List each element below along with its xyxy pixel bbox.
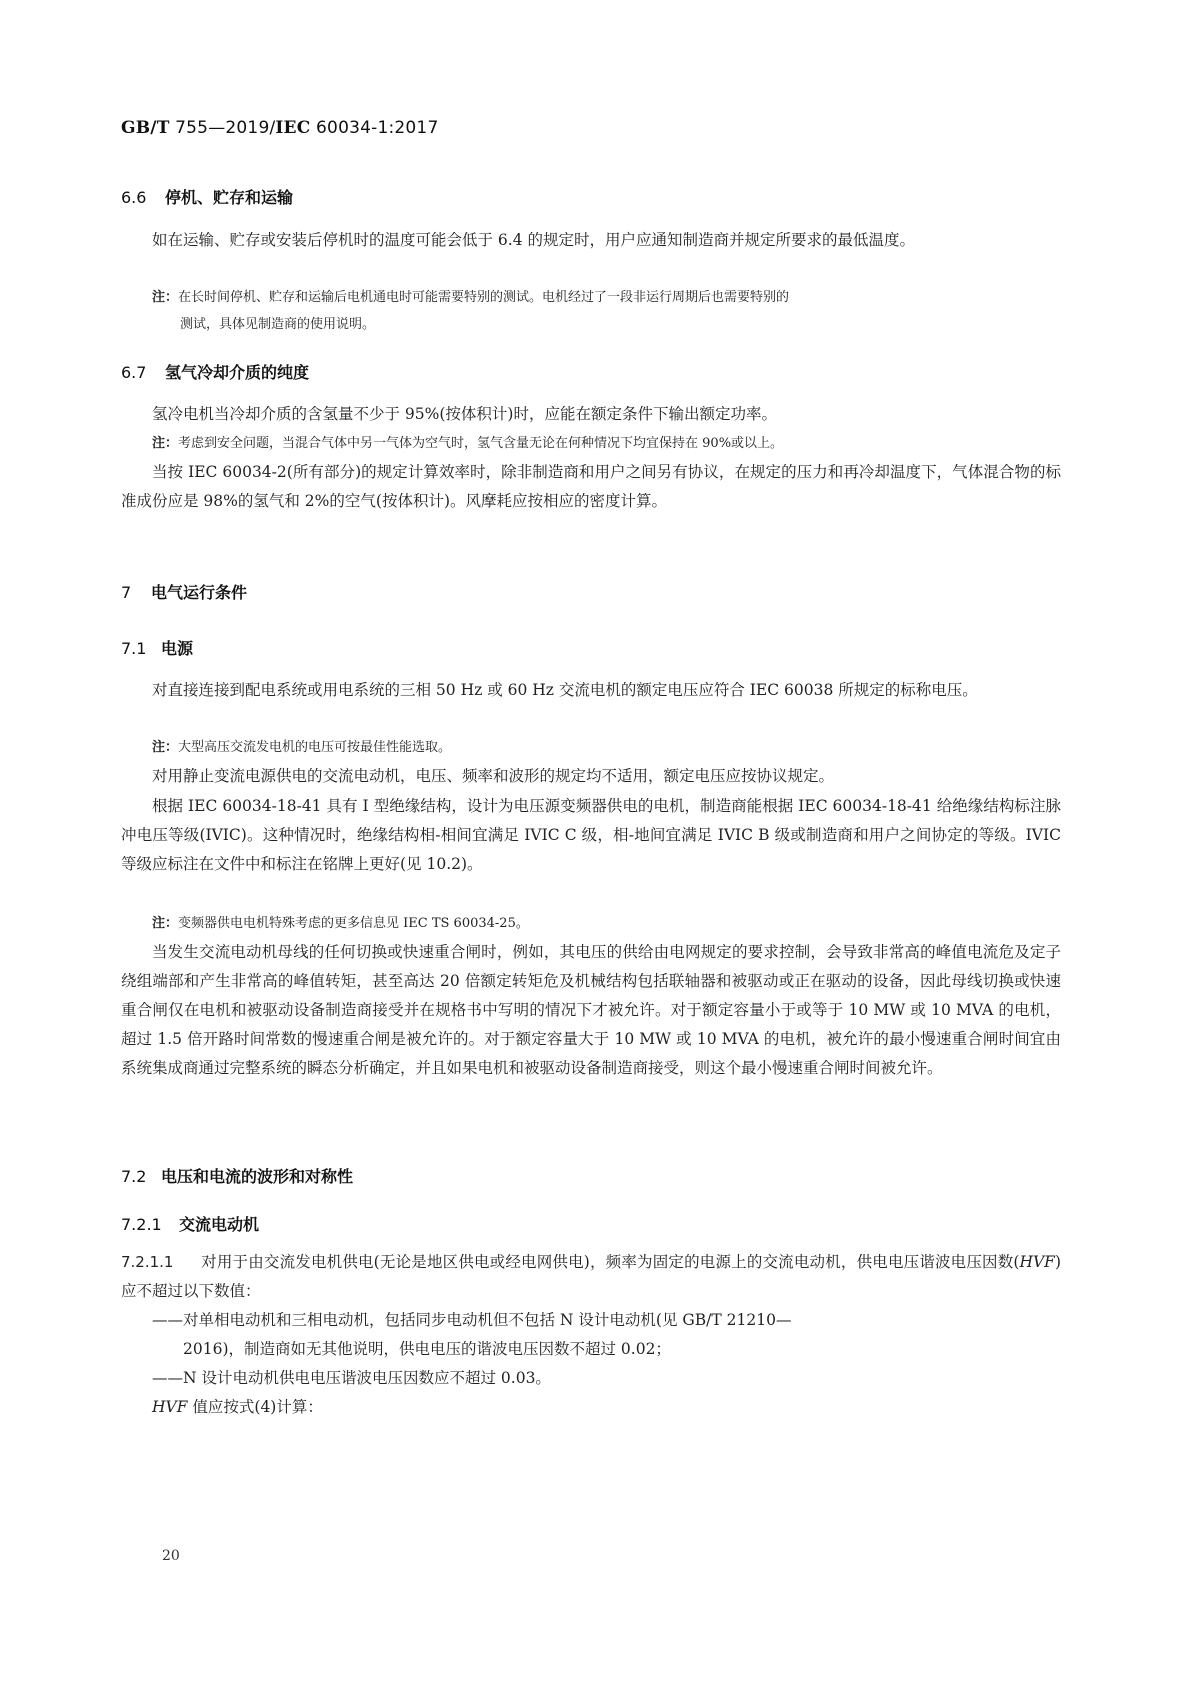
section-title: 电压和电流的波形和对称性	[161, 1167, 353, 1186]
formula-intro: HVF 值应按式(4)计算：	[152, 1393, 1092, 1422]
standard-header: GB/T 755—2019/IEC 60034-1:2017	[121, 118, 438, 138]
section-title: 氢气冷却介质的纯度	[165, 363, 309, 382]
clause-text: 对用于由交流发电机供电(无论是地区供电或经电网供电)，频率为固定的电源上的交流电…	[201, 1253, 1019, 1271]
section-number: 7	[121, 583, 151, 602]
section-number: 7.2.1	[121, 1215, 179, 1234]
section-title: 电气运行条件	[151, 583, 247, 602]
iec-number: 60034-1:2017	[310, 118, 438, 138]
section-number: 7.2	[121, 1167, 161, 1186]
note: 注：考虑到安全问题，当混合气体中另一气体为空气时，氢气含量无论在何种情况下均宜保…	[152, 430, 1062, 457]
formula-intro-text: 值应按式(4)计算：	[187, 1398, 322, 1416]
clause-number: 7.2.1.1	[121, 1248, 201, 1277]
paragraph: 氢冷电机当冷却介质的含氢量不少于 95%(按体积计)时，应能在额定条件下输出额定…	[121, 400, 1061, 429]
paragraph: 对直接连接到配电系统或用电系统的三相 50 Hz 或 60 Hz 交流电机的额定…	[121, 676, 1061, 705]
heading-7-2: 7.2电压和电流的波形和对称性	[121, 1164, 353, 1187]
note-label: 注：	[152, 290, 178, 305]
list-item-text: ——对单相电动机和三相电动机，包括同步电动机但不包括 N 设计电动机(见 GB/…	[152, 1311, 791, 1329]
note-text: 在长时间停机、贮存和运输后电机通电时可能需要特别的测试。电机经过了一段非运行周期…	[178, 290, 789, 305]
list-item: ——N 设计电动机供电电压谐波电压因数应不超过 0.03。	[152, 1364, 1062, 1393]
std-number: 755—2019/	[170, 118, 276, 138]
heading-7-1: 7.1电源	[121, 636, 193, 659]
section-title: 电源	[161, 639, 193, 658]
iec-prefix: IEC	[275, 118, 310, 138]
section-title: 停机、贮存和运输	[165, 188, 293, 207]
section-number: 6.6	[121, 188, 165, 207]
hvf-symbol: HVF	[1019, 1253, 1054, 1271]
paragraph: 当发生交流电动机母线的任何切换或快速重合闸时，例如，其电压的供给由电网规定的要求…	[121, 938, 1061, 1083]
page-number: 20	[162, 1548, 180, 1564]
paragraph: 对用静止变流电源供电的交流电动机，电压、频率和波形的规定均不适用，额定电压应按协…	[121, 762, 1061, 791]
note-text: 考虑到安全问题，当混合气体中另一气体为空气时，氢气含量无论在何种情况下均宜保持在…	[178, 436, 783, 451]
document-page: GB/T 755—2019/IEC 60034-1:2017 6.6停机、贮存和…	[0, 0, 1200, 1698]
heading-7: 7电气运行条件	[121, 580, 247, 603]
list-item-text: ——N 设计电动机供电电压谐波电压因数应不超过 0.03。	[152, 1369, 551, 1387]
paragraph: 如在运输、贮存或安装后停机时的温度可能会低于 6.4 的规定时，用户应通知制造商…	[121, 226, 1061, 255]
note-text: 变频器供电电机特殊考虑的更多信息见 IEC TS 60034-25。	[178, 916, 529, 931]
note: 注：变频器供电电机特殊考虑的更多信息见 IEC TS 60034-25。	[152, 910, 1062, 937]
list-item: ——对单相电动机和三相电动机，包括同步电动机但不包括 N 设计电动机(见 GB/…	[152, 1306, 1062, 1364]
section-number: 7.1	[121, 639, 161, 658]
heading-6-6: 6.6停机、贮存和运输	[121, 185, 293, 208]
std-prefix: GB/T	[121, 118, 170, 138]
paragraph: 当按 IEC 60034-2(所有部分)的规定计算效率时，除非制造商和用户之间另…	[121, 458, 1061, 516]
note-text: 大型高压交流发电机的电压可按最佳性能选取。	[178, 740, 451, 755]
section-title: 交流电动机	[179, 1215, 259, 1234]
note: 注：大型高压交流发电机的电压可按最佳性能选取。	[152, 734, 1062, 761]
hvf-symbol: HVF	[152, 1398, 187, 1416]
note-label: 注：	[152, 436, 178, 451]
list-item-text-continued: 2016)，制造商如无其他说明，供电电压的谐波电压因数不超过 0.02；	[152, 1335, 1062, 1364]
note-label: 注：	[152, 916, 178, 931]
heading-7-2-1: 7.2.1交流电动机	[121, 1212, 259, 1235]
note: 注：在长时间停机、贮存和运输后电机通电时可能需要特别的测试。电机经过了一段非运行…	[152, 284, 1062, 338]
section-number: 6.7	[121, 363, 165, 382]
note-label: 注：	[152, 740, 178, 755]
heading-6-7: 6.7氢气冷却介质的纯度	[121, 360, 309, 383]
paragraph: 根据 IEC 60034-18-41 具有 Ⅰ 型绝缘结构，设计为电压源变频器供…	[121, 792, 1061, 879]
paragraph-7-2-1-1: 7.2.1.1对用于由交流发电机供电(无论是地区供电或经电网供电)，频率为固定的…	[121, 1248, 1061, 1306]
note-text-continued: 测试，具体见制造商的使用说明。	[152, 311, 1062, 338]
